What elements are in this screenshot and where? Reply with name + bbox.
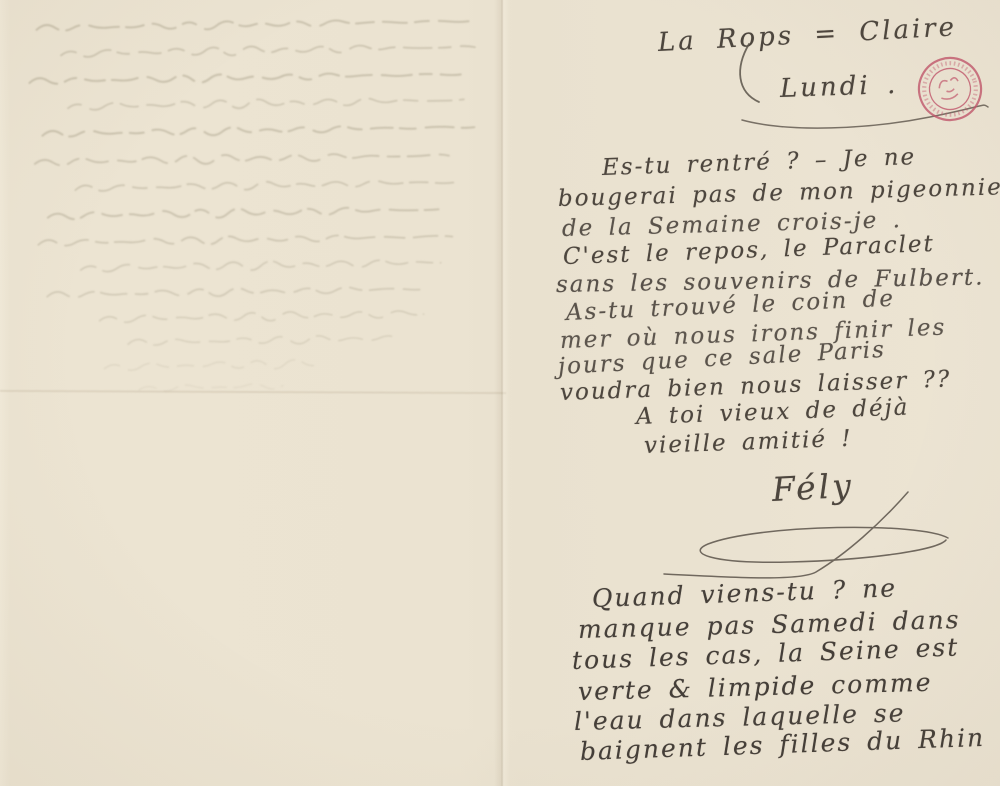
ink-showthrough xyxy=(6,4,506,444)
collection-stamp-icon xyxy=(913,52,987,126)
letter-scan: La Rops = Claire Lundi . Es-tu rentré ? … xyxy=(0,0,1000,786)
signature-flourish xyxy=(650,480,970,590)
closing-line: vieille amitié ! xyxy=(644,426,853,459)
body-line: Es-tu rentré ? – Je ne xyxy=(602,144,917,181)
